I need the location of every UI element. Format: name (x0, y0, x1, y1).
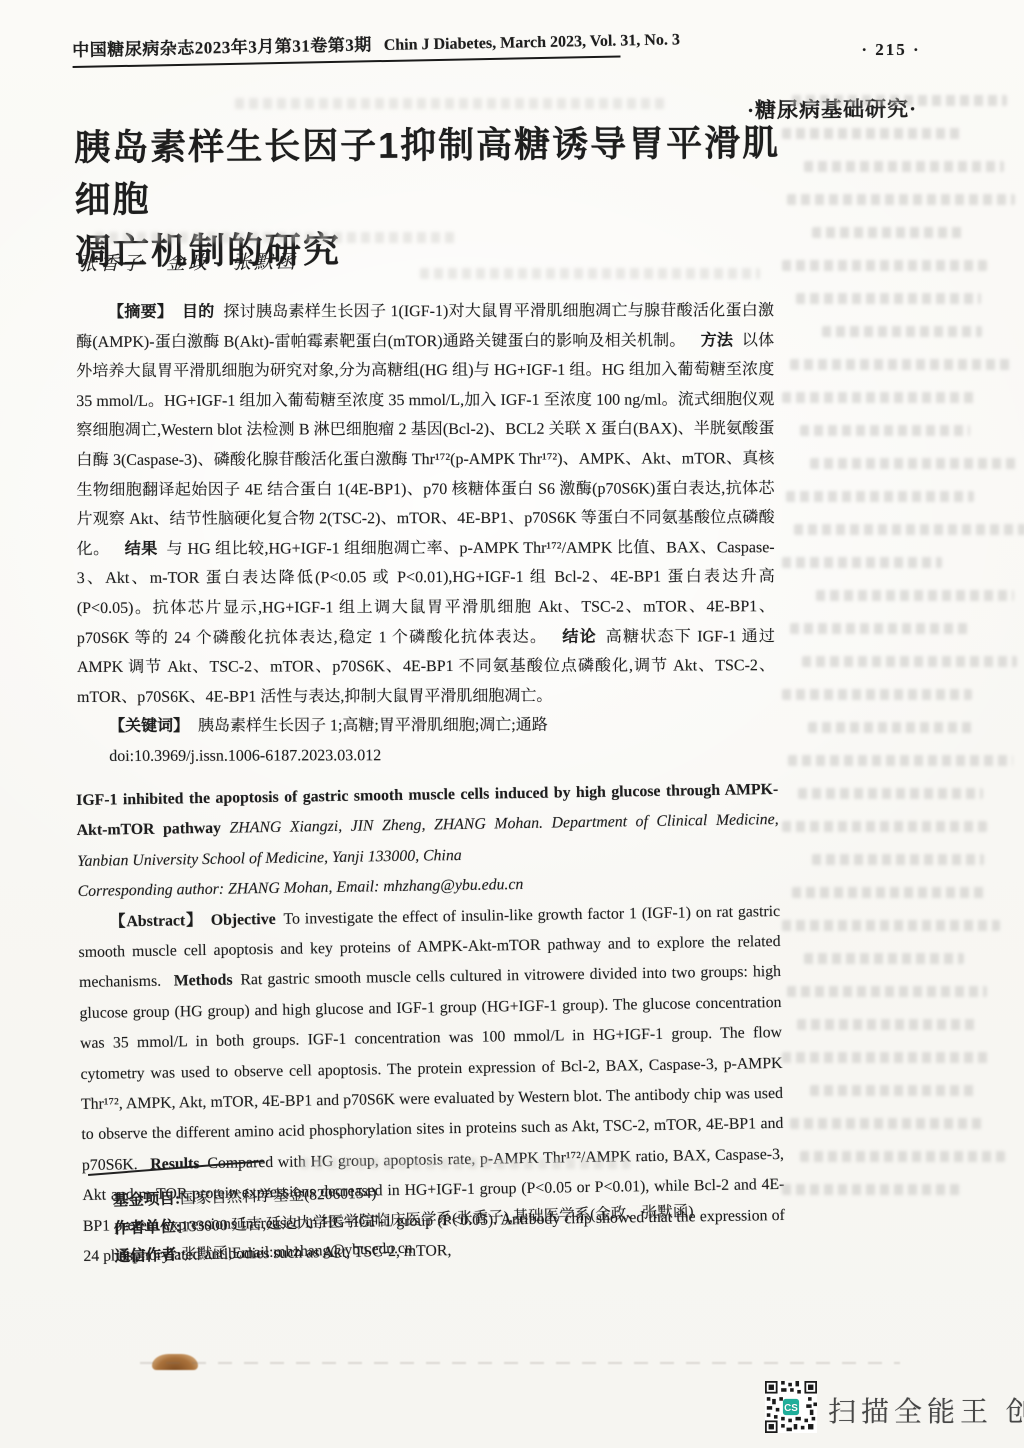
bleed-through-line (782, 920, 1000, 931)
bleed-through-line (797, 1019, 979, 1030)
abstract-en-label: 【Abstract】 (110, 912, 211, 931)
abstract-label: 【摘要】 (108, 304, 182, 321)
footnote-affiliation-label: 作者单位: (114, 1218, 182, 1237)
footnote-corresponding-text: 张默函,Email:mhzhang@ybu.edu.cn (182, 1240, 413, 1264)
conclusion-label: 结论 (547, 628, 606, 645)
doi-line: doi:10.3969/j.issn.1006-6187.2023.03.012 (77, 740, 775, 771)
bleed-through-line (796, 293, 981, 304)
bleed-through-line (808, 722, 973, 733)
bleed-through-line (790, 1118, 982, 1129)
methods-text: 以体外培养大鼠胃平滑肌细胞为研究对象,分为高糖组(HG 组)与 HG+IGF-1… (76, 332, 774, 558)
bleed-through-line (782, 821, 987, 832)
bleed-through-line (782, 689, 972, 700)
bleed-through-line (790, 623, 968, 634)
bleed-through-line (787, 194, 1015, 205)
abstract-cn-paragraph: 【摘要】目的探讨胰岛素样生长因子 1(IGF-1)对大鼠胃平滑肌细胞凋亡与腺苷酸… (76, 296, 775, 712)
bleed-through-line (790, 359, 1010, 370)
footnote-fund-text: 国家自然科学基金(82060154) (180, 1185, 377, 1208)
bleed-through-line (804, 953, 964, 964)
bleed-through-line (810, 458, 1020, 469)
bleed-through-line (800, 425, 970, 436)
methods-en-text: Rat gastric smooth muscle cells cultured… (79, 963, 783, 1173)
methods-label: 方法 (686, 332, 742, 349)
objective-en-label: Objective (211, 910, 284, 928)
abstract-cn-block: 【摘要】目的探讨胰岛素样生长因子 1(IGF-1)对大鼠胃平滑肌细胞凋亡与腺苷酸… (76, 296, 775, 771)
bleed-through-line (782, 1184, 960, 1195)
bleed-through-texture (235, 98, 665, 109)
bleed-through-line (812, 854, 984, 865)
bleed-through-line (802, 656, 1017, 667)
english-title-paragraph: IGF-1 inhibited the apoptosis of gastric… (76, 775, 779, 877)
bleed-through-line (794, 524, 1024, 535)
methods-en-label: Methods (161, 972, 241, 990)
footnote-fund-label: 基金项目: (113, 1190, 181, 1209)
article-title-line1: 胰岛素样生长因子1抑制高糖诱导胃平滑肌细胞 (74, 117, 785, 226)
keywords-text: 胰岛素样生长因子 1;高糖;胃平滑肌细胞;凋亡;通路 (198, 717, 548, 735)
objective-label: 目的 (182, 304, 223, 321)
bleed-through-line (798, 788, 983, 799)
bleed-through-line (800, 1151, 1005, 1162)
results-label: 结果 (110, 541, 167, 558)
bleed-through-line (782, 260, 987, 271)
qr-center-logo: CS (784, 1403, 798, 1414)
bleed-through-line (786, 491, 974, 502)
scanned-paper-page: 中国糖尿病杂志2023年3月第31卷第3期Chin J Diabetes, Ma… (0, 0, 1024, 1448)
footnote-corresponding-label: 通信作者: (114, 1246, 182, 1265)
bleed-through-line (787, 986, 987, 997)
bleed-through-line (810, 1085, 978, 1096)
bleed-through-line (782, 128, 962, 139)
bleed-through-column (782, 95, 1018, 1275)
journal-header: 中国糖尿病杂志2023年3月第31卷第3期Chin J Diabetes, Ma… (72, 25, 653, 68)
authors-cn: 张香子 金政 张默函 (78, 247, 298, 276)
keywords-line: 【关键词】胰岛素样生长因子 1;高糖;胃平滑肌细胞;凋亡;通路 (77, 710, 775, 741)
bleed-through-line (816, 590, 1014, 601)
page-number: · 215 · (836, 40, 946, 60)
bleed-through-line (782, 557, 942, 568)
camscanner-watermark-text: 扫描全能王 创建 (828, 1390, 1024, 1430)
bleed-through-line (788, 755, 1013, 766)
journal-title-cn: 中国糖尿病杂志2023年3月第31卷第3期 (72, 35, 372, 60)
bleed-through-line (782, 1052, 992, 1063)
scan-edge-smear (140, 1362, 900, 1364)
bleed-through-line (812, 227, 962, 238)
keywords-label: 【关键词】 (109, 718, 198, 735)
bleed-through-line (782, 392, 977, 403)
bleed-through-line (804, 161, 1004, 172)
journal-title-en: Chin J Diabetes, March 2023, Vol. 31, No… (384, 31, 680, 54)
bleed-through-line (822, 326, 982, 337)
camscanner-qr-code: CS (765, 1381, 817, 1433)
bleed-through-line (792, 887, 987, 898)
